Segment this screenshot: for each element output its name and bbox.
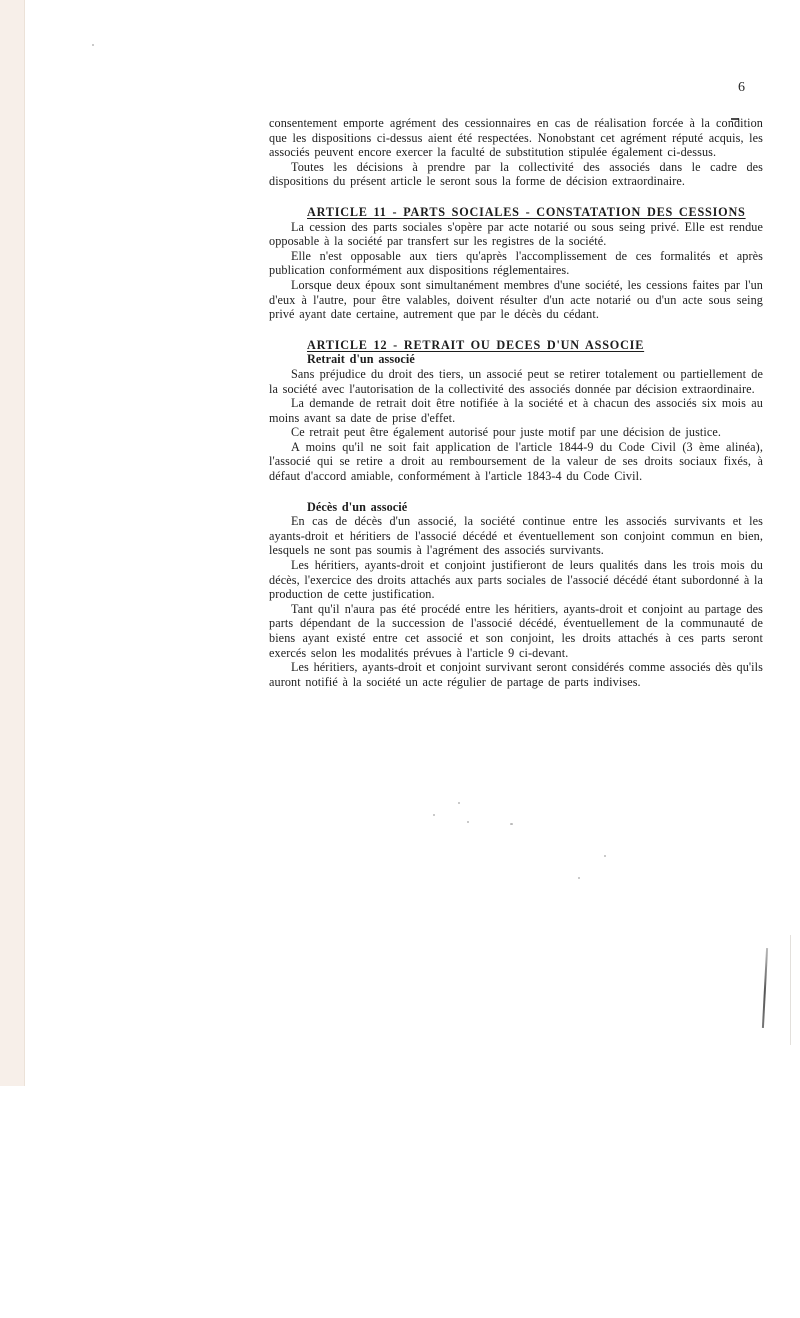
article-12-heading: ARTICLE 12 - RETRAIT OU DECES D'UN ASSOC… (307, 338, 763, 353)
scan-edge-strip (0, 0, 25, 1086)
paragraph: En cas de décès d'un associé, la société… (269, 514, 763, 558)
scan-speck (578, 877, 580, 879)
paragraph: Toutes les décisions à prendre par la co… (269, 160, 763, 189)
scan-speck (604, 855, 606, 857)
paragraph: Sans préjudice du droit des tiers, un as… (269, 367, 763, 396)
scan-speck (433, 814, 435, 816)
paragraph: consentement emporte agrément des cessio… (269, 116, 763, 160)
sub-heading-retrait: Retrait d'un associé (307, 352, 763, 367)
article-11-heading: ARTICLE 11 - PARTS SOCIALES - CONSTATATI… (307, 205, 763, 220)
scan-artifact-line (762, 948, 768, 1028)
paragraph: La cession des parts sociales s'opère pa… (269, 220, 763, 249)
scan-speck (510, 823, 513, 825)
scan-speck (92, 44, 94, 46)
scan-artifact-line-faint (790, 935, 791, 1045)
paragraph: Lorsque deux époux sont simultanément me… (269, 278, 763, 322)
page-number: 6 (738, 80, 745, 96)
paragraph: Les héritiers, ayants-droit et conjoint … (269, 558, 763, 602)
paragraph: La demande de retrait doit être notifiée… (269, 396, 763, 425)
paragraph: Ce retrait peut être également autorisé … (269, 425, 763, 440)
paragraph: Elle n'est opposable aux tiers qu'après … (269, 249, 763, 278)
document-body: consentement emporte agrément des cessio… (269, 116, 763, 689)
scan-speck (467, 821, 469, 823)
sub-heading-deces: Décès d'un associé (307, 500, 763, 515)
scan-speck (458, 802, 460, 804)
paragraph: Les héritiers, ayants-droit et conjoint … (269, 660, 763, 689)
paragraph: A moins qu'il ne soit fait application d… (269, 440, 763, 484)
paragraph: Tant qu'il n'aura pas été procédé entre … (269, 602, 763, 660)
